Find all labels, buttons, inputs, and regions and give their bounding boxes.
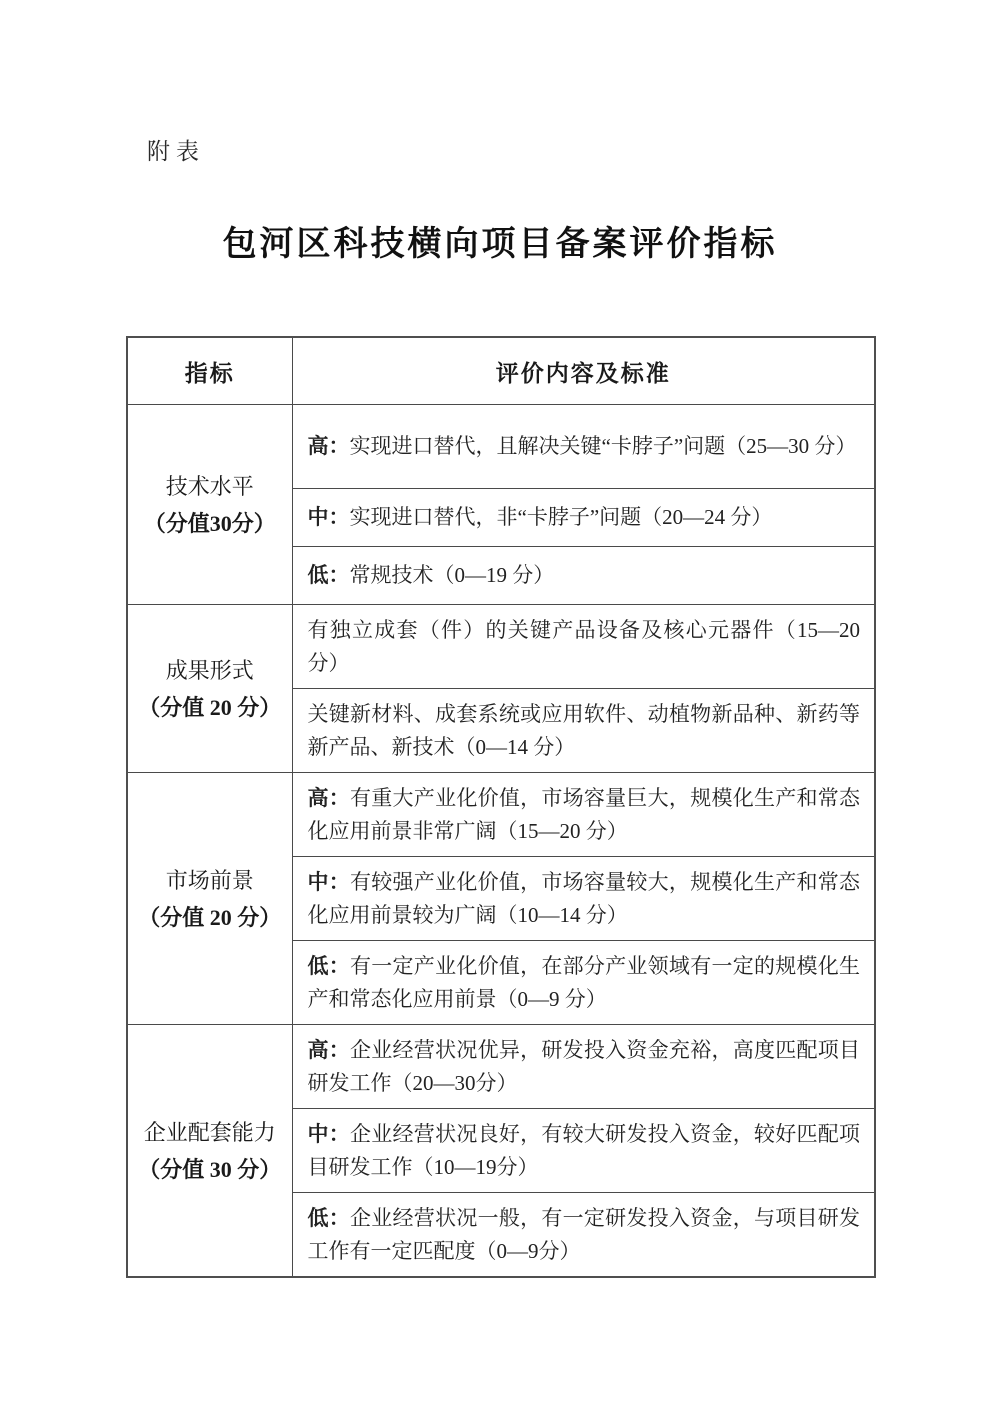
criteria-cell: 低：企业经营状况一般，有一定研发投入资金，与项目研发工作有一定匹配度（0—9分） <box>292 1193 875 1278</box>
col-header-indicator: 指标 <box>127 337 292 405</box>
table-row: 企业配套能力（分值 30 分） 高：企业经营状况优异，研发投入资金充裕，高度匹配… <box>127 1025 875 1109</box>
criteria-level-prefix: 低： <box>308 954 351 978</box>
criteria-cell: 中：实现进口替代，非“卡脖子”问题（20—24 分） <box>292 489 875 547</box>
indicator-score: （分值 20 分） <box>138 689 281 726</box>
indicator-cell-tech-level: 技术水平（分值30分） <box>127 405 292 605</box>
page-title: 包河区科技横向项目备案评价指标 <box>0 216 1000 265</box>
criteria-text: 有一定产业化价值，在部分产业领域有一定的规模化生产和常态化应用前景（0—9 分） <box>308 954 861 1011</box>
indicator-score: （分值 20 分） <box>138 899 281 936</box>
criteria-text: 关键新材料、成套系统或应用软件、动植物新品种、新药等新产品、新技术（0—14 分… <box>308 702 861 759</box>
indicator-score: （分值30分） <box>144 505 276 542</box>
criteria-cell: 高：实现进口替代，且解决关键“卡脖子”问题（25—30 分） <box>292 405 875 489</box>
criteria-text: 常规技术（0—19 分） <box>350 563 555 587</box>
criteria-text: 实现进口替代，且解决关键“卡脖子”问题（25—30 分） <box>350 434 857 458</box>
indicator-name: 技术水平 <box>166 474 254 499</box>
criteria-level-prefix: 高： <box>308 1038 351 1062</box>
table-row: 技术水平（分值30分） 高：实现进口替代，且解决关键“卡脖子”问题（25—30 … <box>127 405 875 489</box>
attachment-label: 附表 <box>147 133 205 166</box>
criteria-level-prefix: 低： <box>308 563 350 587</box>
criteria-cell: 低：常规技术（0—19 分） <box>292 547 875 605</box>
criteria-level-prefix: 高： <box>308 434 350 458</box>
criteria-text: 有重大产业化价值，市场容量巨大，规模化生产和常态化应用前景非常广阔（15—20 … <box>308 786 861 843</box>
table-header-row: 指标 评价内容及标准 <box>127 337 875 405</box>
indicator-cell-result-form: 成果形式（分值 20 分） <box>127 605 292 773</box>
criteria-text: 企业经营状况良好，有较大研发投入资金，较好匹配项目研发工作（10—19分） <box>308 1122 861 1179</box>
indicator-name: 市场前景 <box>166 868 254 893</box>
criteria-level-prefix: 低： <box>308 1206 351 1230</box>
evaluation-table: 指标 评价内容及标准 技术水平（分值30分） 高：实现进口替代，且解决关键“卡脖… <box>126 336 876 1278</box>
criteria-cell: 低：有一定产业化价值，在部分产业领域有一定的规模化生产和常态化应用前景（0—9 … <box>292 941 875 1025</box>
criteria-text: 企业经营状况一般，有一定研发投入资金，与项目研发工作有一定匹配度（0—9分） <box>308 1206 861 1263</box>
indicator-cell-market-prospect: 市场前景（分值 20 分） <box>127 773 292 1025</box>
criteria-text: 有较强产业化价值，市场容量较大，规模化生产和常态化应用前景较为广阔（10—14 … <box>308 870 861 927</box>
table-row: 市场前景（分值 20 分） 高：有重大产业化价值，市场容量巨大，规模化生产和常态… <box>127 773 875 857</box>
indicator-cell-enterprise-support: 企业配套能力（分值 30 分） <box>127 1025 292 1278</box>
indicator-name: 企业配套能力 <box>144 1120 276 1145</box>
criteria-cell: 有独立成套（件）的关键产品设备及核心元器件（15—20 分） <box>292 605 875 689</box>
indicator-name: 成果形式 <box>166 658 254 683</box>
criteria-cell: 高：有重大产业化价值，市场容量巨大，规模化生产和常态化应用前景非常广阔（15—2… <box>292 773 875 857</box>
criteria-level-prefix: 中： <box>308 505 350 529</box>
criteria-text: 实现进口替代，非“卡脖子”问题（20—24 分） <box>350 505 773 529</box>
criteria-level-prefix: 高： <box>308 786 351 810</box>
criteria-level-prefix: 中： <box>308 870 351 894</box>
col-header-criteria: 评价内容及标准 <box>292 337 875 405</box>
criteria-cell: 中：企业经营状况良好，有较大研发投入资金，较好匹配项目研发工作（10—19分） <box>292 1109 875 1193</box>
criteria-level-prefix: 中： <box>308 1122 351 1146</box>
indicator-score: （分值 30 分） <box>138 1151 281 1188</box>
criteria-cell: 中：有较强产业化价值，市场容量较大，规模化生产和常态化应用前景较为广阔（10—1… <box>292 857 875 941</box>
document-page: 附表 包河区科技横向项目备案评价指标 指标 评价内容及标准 技术水平（分值30分… <box>0 0 1000 1414</box>
criteria-cell: 高：企业经营状况优异，研发投入资金充裕，高度匹配项目研发工作（20—30分） <box>292 1025 875 1109</box>
criteria-text: 企业经营状况优异，研发投入资金充裕，高度匹配项目研发工作（20—30分） <box>308 1038 861 1095</box>
table-row: 成果形式（分值 20 分） 有独立成套（件）的关键产品设备及核心元器件（15—2… <box>127 605 875 689</box>
criteria-text: 有独立成套（件）的关键产品设备及核心元器件（15—20 分） <box>308 618 861 675</box>
criteria-cell: 关键新材料、成套系统或应用软件、动植物新品种、新药等新产品、新技术（0—14 分… <box>292 689 875 773</box>
